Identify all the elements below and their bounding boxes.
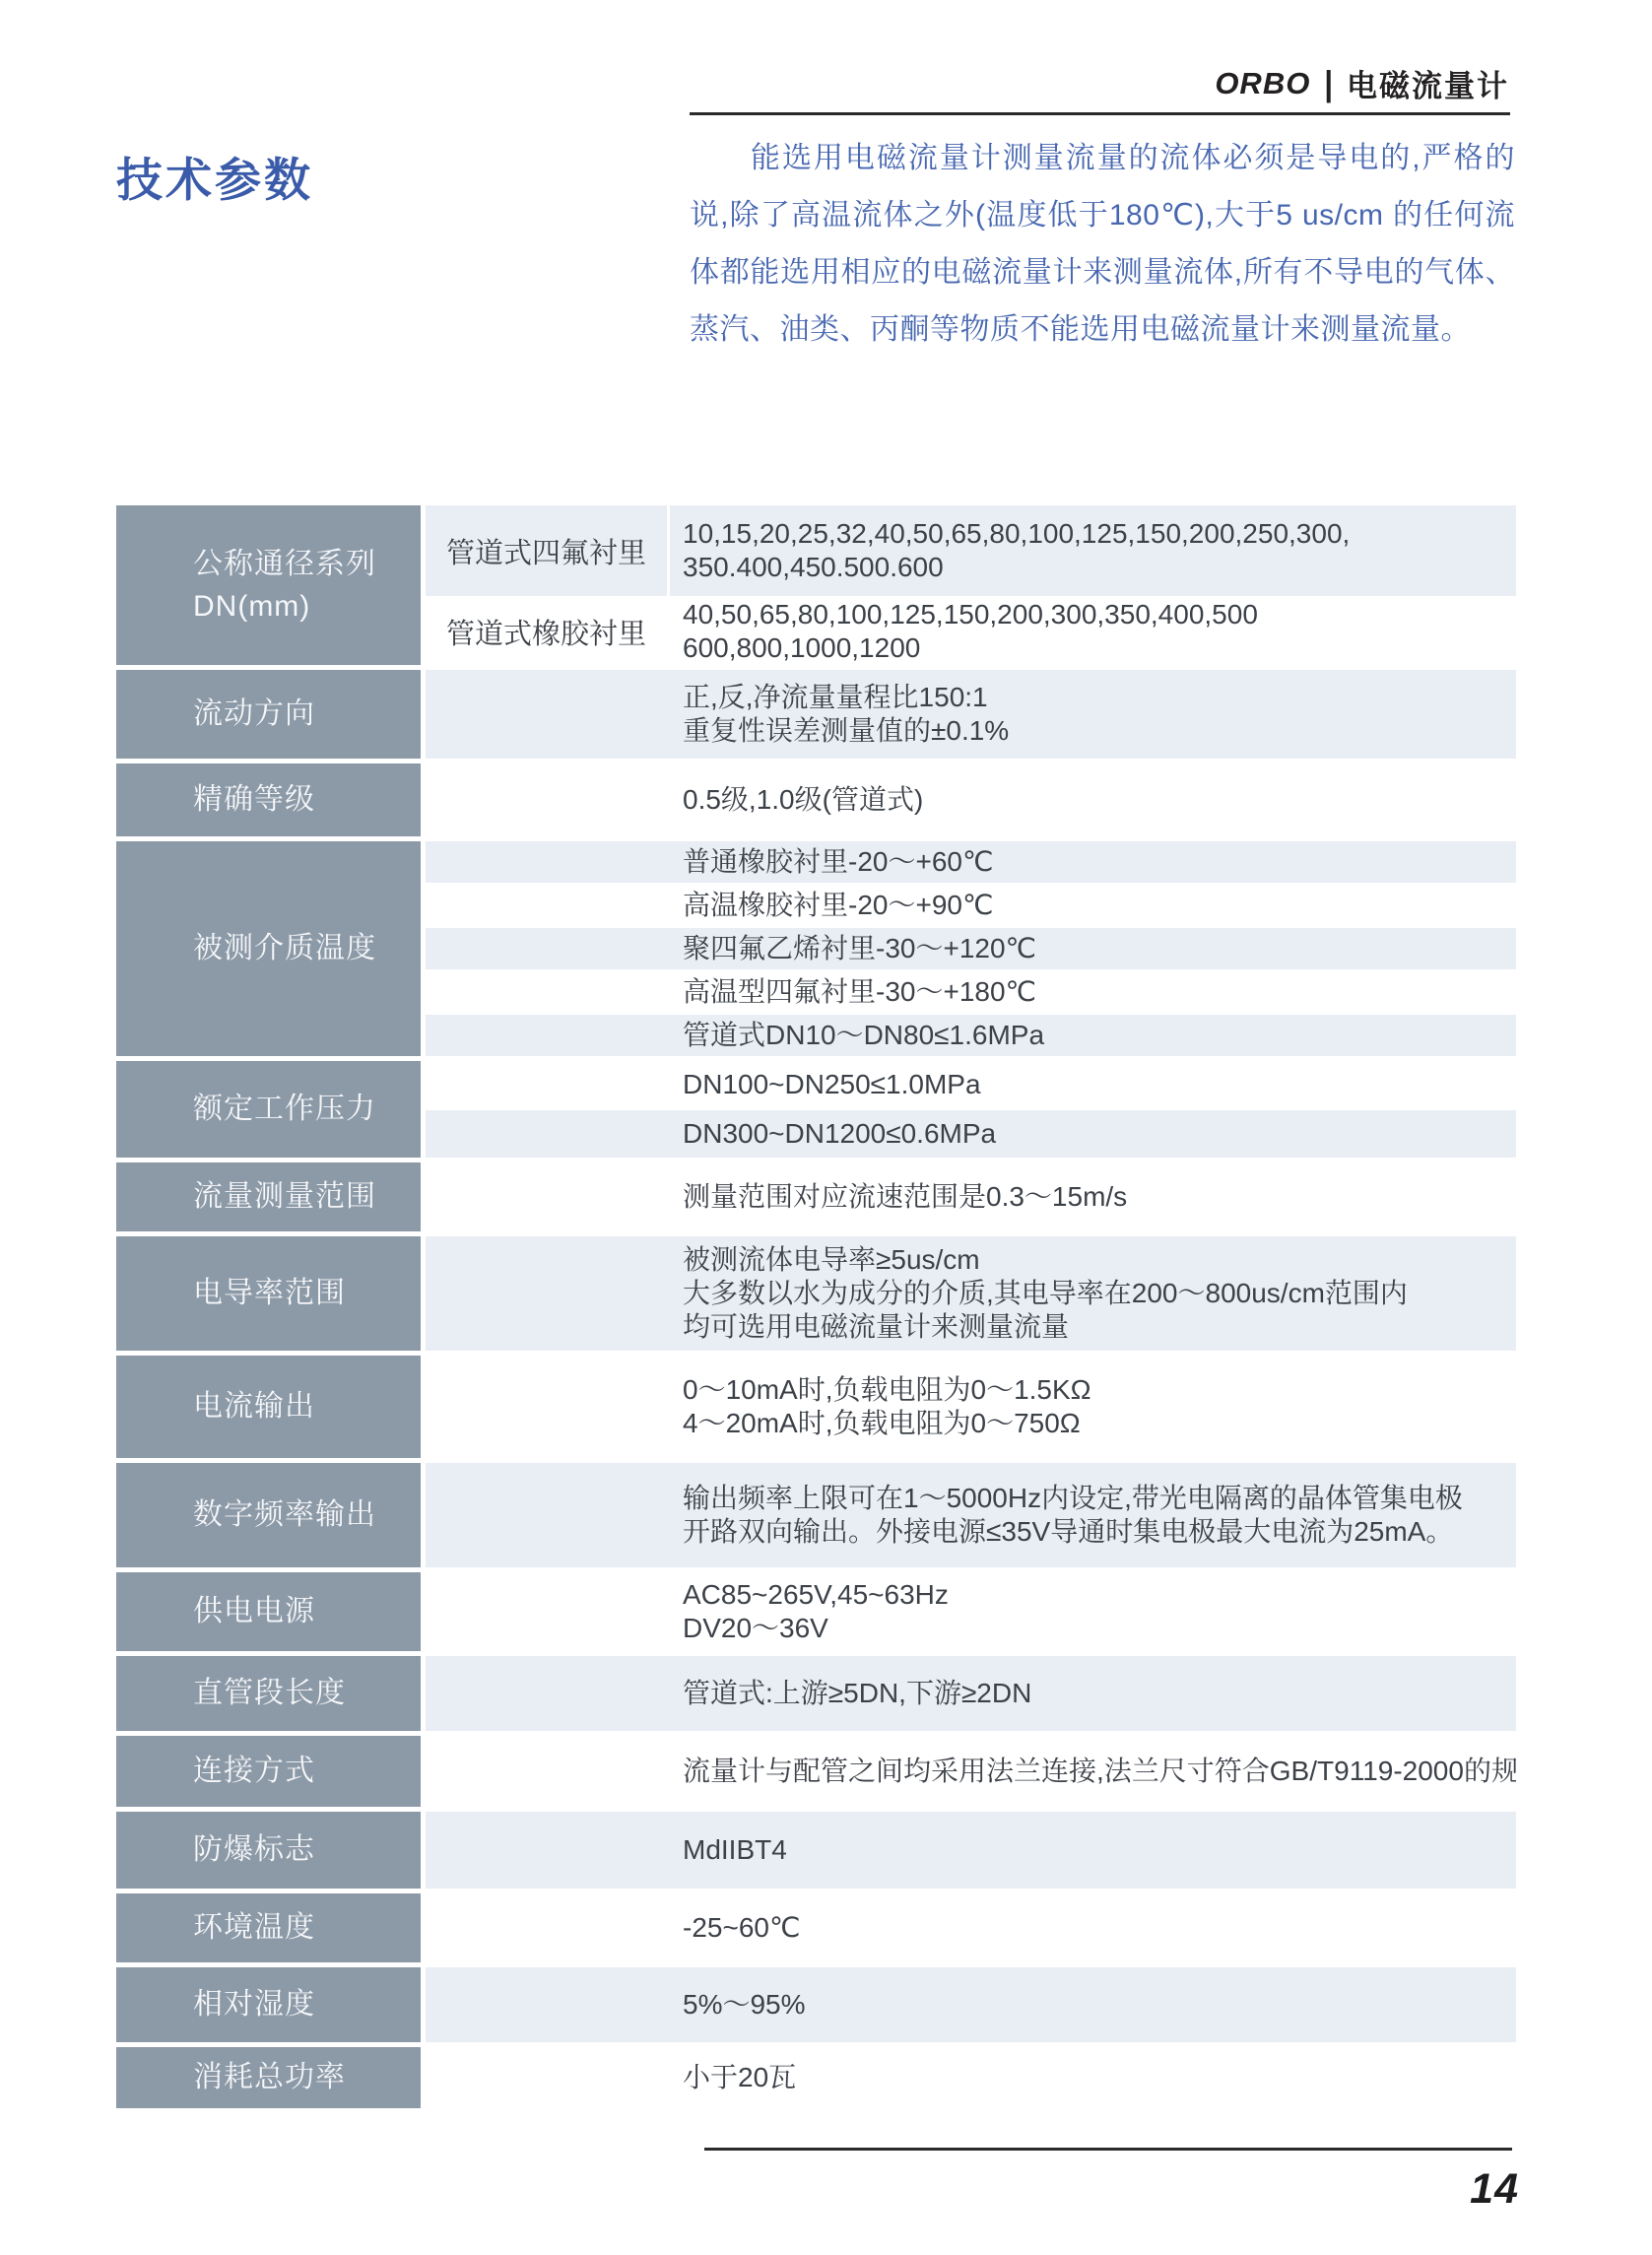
row-group-label: 被测介质温度 (116, 841, 421, 1056)
brand-logo-text: ORBO (1215, 66, 1310, 101)
table-row: 管道式橡胶衬里40,50,65,80,100,125,150,200,300,3… (426, 598, 1516, 665)
row-list: -25~60℃ (426, 1893, 1516, 1962)
row-group-label: 流量测量范围 (116, 1162, 421, 1231)
table-row: 测量范围对应流速范围是0.3～15m/s (426, 1162, 1516, 1231)
row-list: 被测流体电导率≥5us/cm大多数以水为成分的介质,其电导率在200～800us… (426, 1236, 1516, 1351)
table-row: 普通橡胶衬里-20～+60℃ (426, 841, 1516, 883)
row-value: 10,15,20,25,32,40,50,65,80,100,125,150,2… (670, 517, 1350, 584)
table-row: 高温型四氟衬里-30～+180℃ (426, 971, 1516, 1013)
row-value: 测量范围对应流速范围是0.3～15m/s (426, 1180, 1127, 1214)
row-group-label: 供电电源 (116, 1572, 421, 1651)
page-title: 技术参数 (116, 144, 313, 210)
spec-group: 供电电源AC85~265V,45~63HzDV20～36V (116, 1572, 1516, 1651)
row-list: 5%～95% (426, 1967, 1516, 2042)
document-page: ORBO | 电磁流量计 技术参数 能选用电磁流量计测量流量的流体必须是导电的,… (0, 0, 1652, 2255)
table-row: 管道式DN10～DN80≤1.6MPa (426, 1015, 1516, 1056)
row-value: 管道式DN10～DN80≤1.6MPa (426, 1019, 1044, 1052)
row-value: 流量计与配管之间均采用法兰连接,法兰尺寸符合GB/T9119-2000的规定 (426, 1755, 1516, 1788)
row-list: AC85~265V,45~63HzDV20～36V (426, 1572, 1516, 1651)
intro-paragraph: 能选用电磁流量计测量流量的流体必须是导电的,严格的说,除了高温流体之外(温度低于… (690, 130, 1515, 359)
table-row: 管道式:上游≥5DN,下游≥2DN (426, 1656, 1516, 1731)
header-product-name: 电磁流量计 (1347, 61, 1509, 105)
row-list: 0～10mA时,负载电阻为0～1.5KΩ4～20mA时,负载电阻为0～750Ω (426, 1356, 1516, 1458)
row-group-label: 精确等级 (116, 763, 421, 836)
row-value: 普通橡胶衬里-20～+60℃ (426, 845, 993, 879)
table-row: 0.5级,1.0级(管道式) (426, 763, 1516, 836)
row-group-label: 电流输出 (116, 1356, 421, 1458)
row-list: 普通橡胶衬里-20～+60℃高温橡胶衬里-20～+90℃聚四氟乙烯衬里-30～+… (426, 841, 1516, 1056)
table-row: 流量计与配管之间均采用法兰连接,法兰尺寸符合GB/T9119-2000的规定 (426, 1736, 1516, 1807)
row-group-label: 相对湿度 (116, 1967, 421, 2042)
table-row: 0～10mA时,负载电阻为0～1.5KΩ4～20mA时,负载电阻为0～750Ω (426, 1356, 1516, 1458)
table-row: 管道式四氟衬里10,15,20,25,32,40,50,65,80,100,12… (426, 505, 1516, 596)
table-row: DN100~DN250≤1.0MPa (426, 1061, 1516, 1108)
row-list: 输出频率上限可在1～5000Hz内设定,带光电隔离的晶体管集电极开路双向输出。外… (426, 1463, 1516, 1567)
spec-group: 数字频率输出输出频率上限可在1～5000Hz内设定,带光电隔离的晶体管集电极开路… (116, 1463, 1516, 1567)
row-group-label: 防爆标志 (116, 1812, 421, 1889)
row-value: 40,50,65,80,100,125,150,200,300,350,400,… (670, 598, 1258, 665)
row-list: 管道式:上游≥5DN,下游≥2DN (426, 1656, 1516, 1731)
spec-group: 流动方向正,反,净流量量程比150:1重复性误差测量值的±0.1% (116, 670, 1516, 759)
header-rule (690, 112, 1510, 115)
spec-group: 消耗总功率小于20瓦 (116, 2047, 1516, 2108)
row-sublabel: 管道式橡胶衬里 (426, 598, 667, 665)
row-value: 0.5级,1.0级(管道式) (426, 783, 923, 817)
row-value: 5%～95% (426, 1988, 806, 2022)
footer-rule (704, 2148, 1512, 2151)
spec-group: 额定工作压力DN100~DN250≤1.0MPaDN300~DN1200≤0.6… (116, 1061, 1516, 1158)
table-row: 聚四氟乙烯衬里-30～+120℃ (426, 928, 1516, 969)
row-value: AC85~265V,45~63HzDV20～36V (426, 1578, 949, 1645)
row-value: 管道式:上游≥5DN,下游≥2DN (426, 1677, 1031, 1710)
row-value: 正,反,净流量量程比150:1重复性误差测量值的±0.1% (426, 681, 1009, 748)
table-row: -25~60℃ (426, 1893, 1516, 1962)
row-value: 聚四氟乙烯衬里-30～+120℃ (426, 932, 1036, 965)
table-row: 小于20瓦 (426, 2047, 1516, 2108)
row-value: 被测流体电导率≥5us/cm大多数以水为成分的介质,其电导率在200～800us… (426, 1243, 1408, 1344)
row-sublabel: 管道式四氟衬里 (426, 505, 667, 596)
row-list: 流量计与配管之间均采用法兰连接,法兰尺寸符合GB/T9119-2000的规定 (426, 1736, 1516, 1807)
row-group-label: 电导率范围 (116, 1236, 421, 1351)
spec-group: 精确等级0.5级,1.0级(管道式) (116, 763, 1516, 836)
row-value: DN300~DN1200≤0.6MPa (426, 1117, 996, 1151)
row-list: 正,反,净流量量程比150:1重复性误差测量值的±0.1% (426, 670, 1516, 759)
row-value: 0～10mA时,负载电阻为0～1.5KΩ4～20mA时,负载电阻为0～750Ω (426, 1373, 1091, 1440)
row-group-label: 数字频率输出 (116, 1463, 421, 1567)
table-row: MdIIBT4 (426, 1812, 1516, 1889)
row-list: 测量范围对应流速范围是0.3～15m/s (426, 1162, 1516, 1231)
spec-group: 被测介质温度普通橡胶衬里-20～+60℃高温橡胶衬里-20～+90℃聚四氟乙烯衬… (116, 841, 1516, 1056)
page-number: 14 (1470, 2165, 1519, 2214)
table-row: 正,反,净流量量程比150:1重复性误差测量值的±0.1% (426, 670, 1516, 759)
table-row: DN300~DN1200≤0.6MPa (426, 1110, 1516, 1158)
row-group-label: 流动方向 (116, 670, 421, 759)
row-list: MdIIBT4 (426, 1812, 1516, 1889)
spec-group: 流量测量范围测量范围对应流速范围是0.3～15m/s (116, 1162, 1516, 1231)
spec-group: 电流输出0～10mA时,负载电阻为0～1.5KΩ4～20mA时,负载电阻为0～7… (116, 1356, 1516, 1458)
spec-group: 直管段长度管道式:上游≥5DN,下游≥2DN (116, 1656, 1516, 1731)
spec-table: 公称通径系列 DN(mm)管道式四氟衬里10,15,20,25,32,40,50… (116, 505, 1516, 2108)
row-list: 小于20瓦 (426, 2047, 1516, 2108)
spec-group: 防爆标志MdIIBT4 (116, 1812, 1516, 1889)
row-value: DN100~DN250≤1.0MPa (426, 1068, 981, 1101)
row-value: 高温橡胶衬里-20～+90℃ (426, 889, 993, 922)
table-row: 被测流体电导率≥5us/cm大多数以水为成分的介质,其电导率在200～800us… (426, 1236, 1516, 1351)
row-group-label: 连接方式 (116, 1736, 421, 1807)
row-group-label: 额定工作压力 (116, 1061, 421, 1158)
row-value: -25~60℃ (426, 1911, 800, 1945)
row-value: MdIIBT4 (426, 1833, 787, 1867)
table-row: AC85~265V,45~63HzDV20～36V (426, 1572, 1516, 1651)
table-row: 高温橡胶衬里-20～+90℃ (426, 885, 1516, 926)
table-row: 输出频率上限可在1～5000Hz内设定,带光电隔离的晶体管集电极开路双向输出。外… (426, 1463, 1516, 1567)
spec-group: 公称通径系列 DN(mm)管道式四氟衬里10,15,20,25,32,40,50… (116, 505, 1516, 665)
row-group-label: 消耗总功率 (116, 2047, 421, 2108)
table-row: 5%～95% (426, 1967, 1516, 2042)
spec-group: 连接方式流量计与配管之间均采用法兰连接,法兰尺寸符合GB/T9119-2000的… (116, 1736, 1516, 1807)
spec-group: 相对湿度5%～95% (116, 1967, 1516, 2042)
row-list: DN100~DN250≤1.0MPaDN300~DN1200≤0.6MPa (426, 1061, 1516, 1158)
row-group-label: 公称通径系列 DN(mm) (116, 505, 421, 665)
row-group-label: 直管段长度 (116, 1656, 421, 1731)
row-value: 输出频率上限可在1～5000Hz内设定,带光电隔离的晶体管集电极开路双向输出。外… (426, 1482, 1463, 1549)
row-value: 小于20瓦 (426, 2061, 796, 2094)
row-list: 0.5级,1.0级(管道式) (426, 763, 1516, 836)
page-header: ORBO | 电磁流量计 (1215, 61, 1509, 105)
row-group-label: 环境温度 (116, 1893, 421, 1962)
row-list: 管道式四氟衬里10,15,20,25,32,40,50,65,80,100,12… (426, 505, 1516, 665)
spec-group: 电导率范围被测流体电导率≥5us/cm大多数以水为成分的介质,其电导率在200～… (116, 1236, 1516, 1351)
spec-group: 环境温度-25~60℃ (116, 1893, 1516, 1962)
header-separator: | (1324, 63, 1333, 103)
row-value: 高温型四氟衬里-30～+180℃ (426, 975, 1036, 1009)
